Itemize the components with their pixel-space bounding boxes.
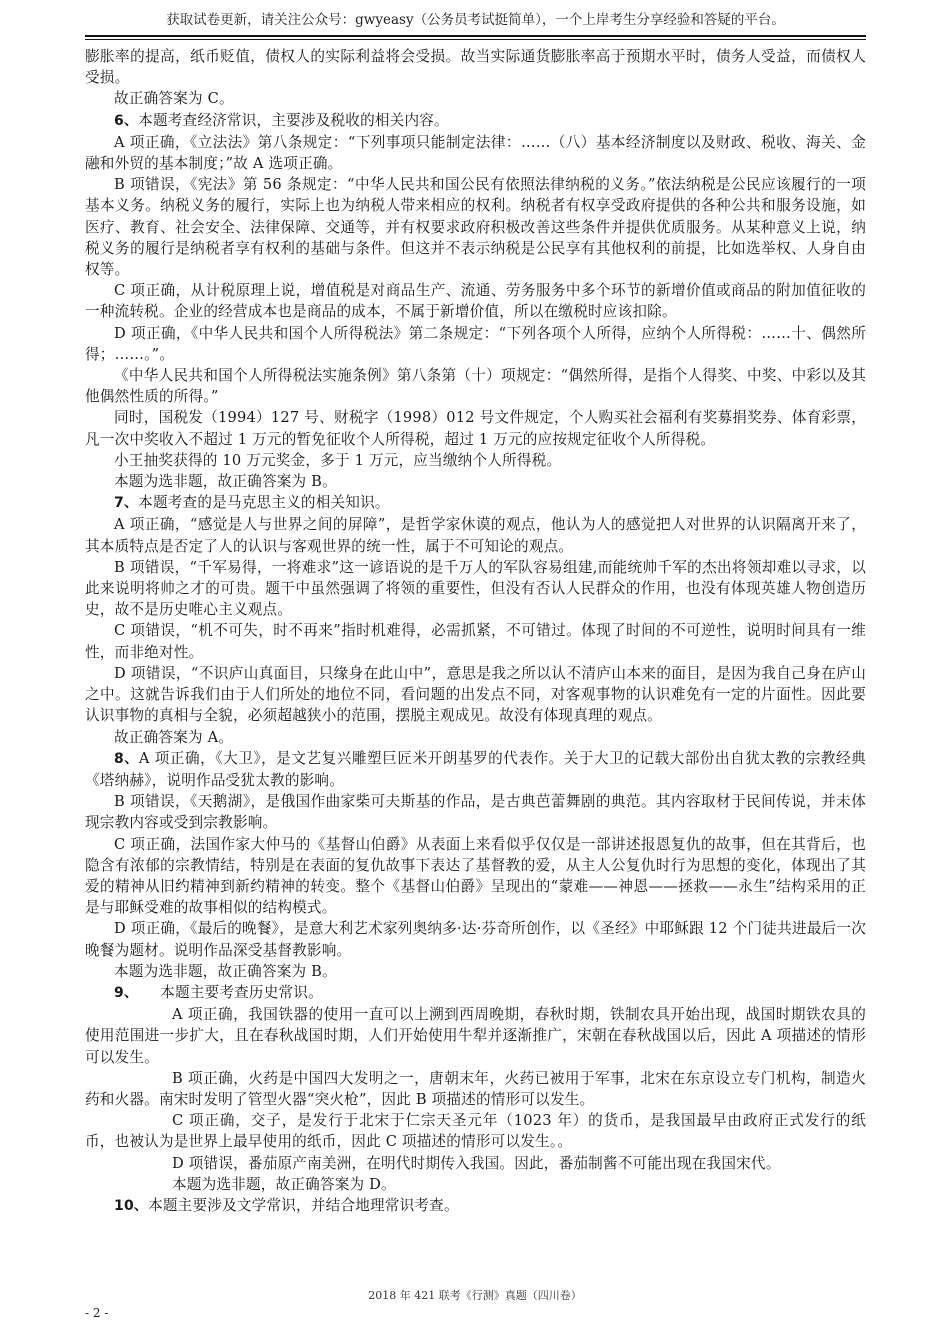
question-number: 8、: [114, 751, 139, 767]
question-title: 本题考查的是马克思主义的相关知识。: [138, 494, 390, 511]
q6-option-a: A 项正确，《立法法》第八条规定：“下列事项只能制定法律：……（八）基本经济制度…: [85, 132, 866, 174]
q8-option-b: B 项错误，《天鹅湖》，是俄国作曲家柴可夫斯基的作品，是古典芭蕾舞剧的典范。其内…: [85, 791, 866, 833]
question-10-heading: 10、本题主要涉及文学常识，并结合地理常识考查。: [85, 1195, 866, 1217]
q8-option-c: C 项正确，法国作家大仲马的《基督山伯爵》从表面上来看似乎仅仅是一部讲述报恩复仇…: [85, 834, 866, 919]
question-9-heading: 9、本题主要考查历史常识。: [85, 982, 866, 1004]
q9-option-b: B 项正确，火药是中国四大发明之一，唐朝末年，火药已被用于军事，北宋在东京设立专…: [85, 1068, 866, 1110]
q6-option-b: B 项错误，《宪法》第 56 条规定：“中华人民共和国公民有依照法律纳税的义务。…: [85, 174, 866, 280]
answer-q5: 故正确答案为 C。: [85, 88, 866, 109]
question-7-heading: 7、本题考查的是马克思主义的相关知识。: [85, 492, 866, 514]
footer-document-title: 2018 年 421 联考《行测》真题（四川卷）: [0, 1287, 950, 1303]
q6-option-d-documents: 同时，国税发（1994）127 号、财税字（1998）012 号文件规定，个人购…: [85, 407, 866, 449]
q8-option-d: D 项正确，《最后的晚餐》，是意大利艺术家列奥纳多·达·芬奇所创作，以《圣经》中…: [85, 918, 866, 960]
document-body: 膨胀率的提高，纸币贬值，债权人的实际利益将会受损。故当实际通货膨胀率高于预期水平…: [85, 46, 866, 1217]
q6-option-d-regulation: 《中华人民共和国个人所得税法实施条例》第八条第（十）项规定：“偶然所得，是指个人…: [85, 365, 866, 407]
page-header-notice: 获取试卷更新，请关注公众号：gwyeasy（公务员考试挺简单），一个上岸考生分享…: [85, 10, 866, 30]
question-title: 本题考查经济常识，主要涉及税收的相关内容。: [138, 112, 449, 129]
question-number: 10、: [114, 1198, 148, 1214]
q9-option-c: C 项正确，交子，是发行于北宋于仁宗天圣元年（1023 年）的货币，是我国最早由…: [85, 1110, 866, 1152]
question-title: 本题主要涉及文学常识，并结合地理常识考查。: [148, 1197, 459, 1214]
question-number: 9、: [114, 985, 138, 1001]
q7-option-b: B 项错误，“千军易得，一将难求”这一谚语说的是千万人的军队容易组建,而能统帅千…: [85, 557, 866, 621]
question-number: 6、: [114, 113, 138, 129]
q6-option-d-conclusion: 小王抽奖获得的 10 万元奖金，多于 1 万元，应当缴纳个人所得税。: [85, 450, 866, 471]
q7-option-d: D 项错误，“不识庐山真面目，只缘身在此山中”，意思是我之所以认不清庐山本来的面…: [85, 663, 866, 727]
q7-option-a: A 项正确，“感觉是人与世界之间的屏障”，是哲学家休谟的观点，他认为人的感觉把人…: [85, 514, 866, 556]
q9-option-a: A 项正确，我国铁器的使用一直可以上溯到西周晚期，春秋时期，铁制农具开始出现，战…: [85, 1004, 866, 1068]
paragraph-q5-tail: 膨胀率的提高，纸币贬值，债权人的实际利益将会受损。故当实际通货膨胀率高于预期水平…: [85, 46, 866, 88]
header-divider: [85, 35, 866, 40]
answer-q8: 本题为选非题，故正确答案为 B。: [85, 961, 866, 982]
question-8-option-a: 8、A 项正确，《大卫》，是文艺复兴雕塑巨匠米开朗基罗的代表作。关于大卫的记载大…: [85, 748, 866, 791]
q7-option-c: C 项错误，“机不可失，时不再来”指时机难得，必需抓紧，不可错过。体现了时间的不…: [85, 620, 866, 662]
question-title: 本题主要考查历史常识。: [160, 984, 323, 1001]
answer-q7: 故正确答案为 A。: [85, 727, 866, 748]
page-number: - 2 -: [85, 1306, 108, 1320]
question-6-heading: 6、本题考查经济常识，主要涉及税收的相关内容。: [85, 110, 866, 132]
q9-option-d: D 项错误，番茄原产南美洲，在明代时期传入我国。因此，番茄制酱不可能出现在我国宋…: [85, 1153, 866, 1174]
q8-option-a: A 项正确，《大卫》，是文艺复兴雕塑巨匠米开朗基罗的代表作。关于大卫的记载大部份…: [85, 750, 866, 789]
answer-q6: 本题为选非题，故正确答案为 B。: [85, 471, 866, 492]
q6-option-d: D 项正确，《中华人民共和国个人所得税法》第二条规定：“下列各项个人所得，应纳个…: [85, 323, 866, 365]
answer-q9: 本题为选非题，故正确答案为 D。: [85, 1174, 866, 1195]
question-number: 7、: [114, 495, 138, 511]
q6-option-c: C 项正确，从计税原理上说，增值税是对商品生产、流通、劳务服务中多个环节的新增价…: [85, 280, 866, 322]
